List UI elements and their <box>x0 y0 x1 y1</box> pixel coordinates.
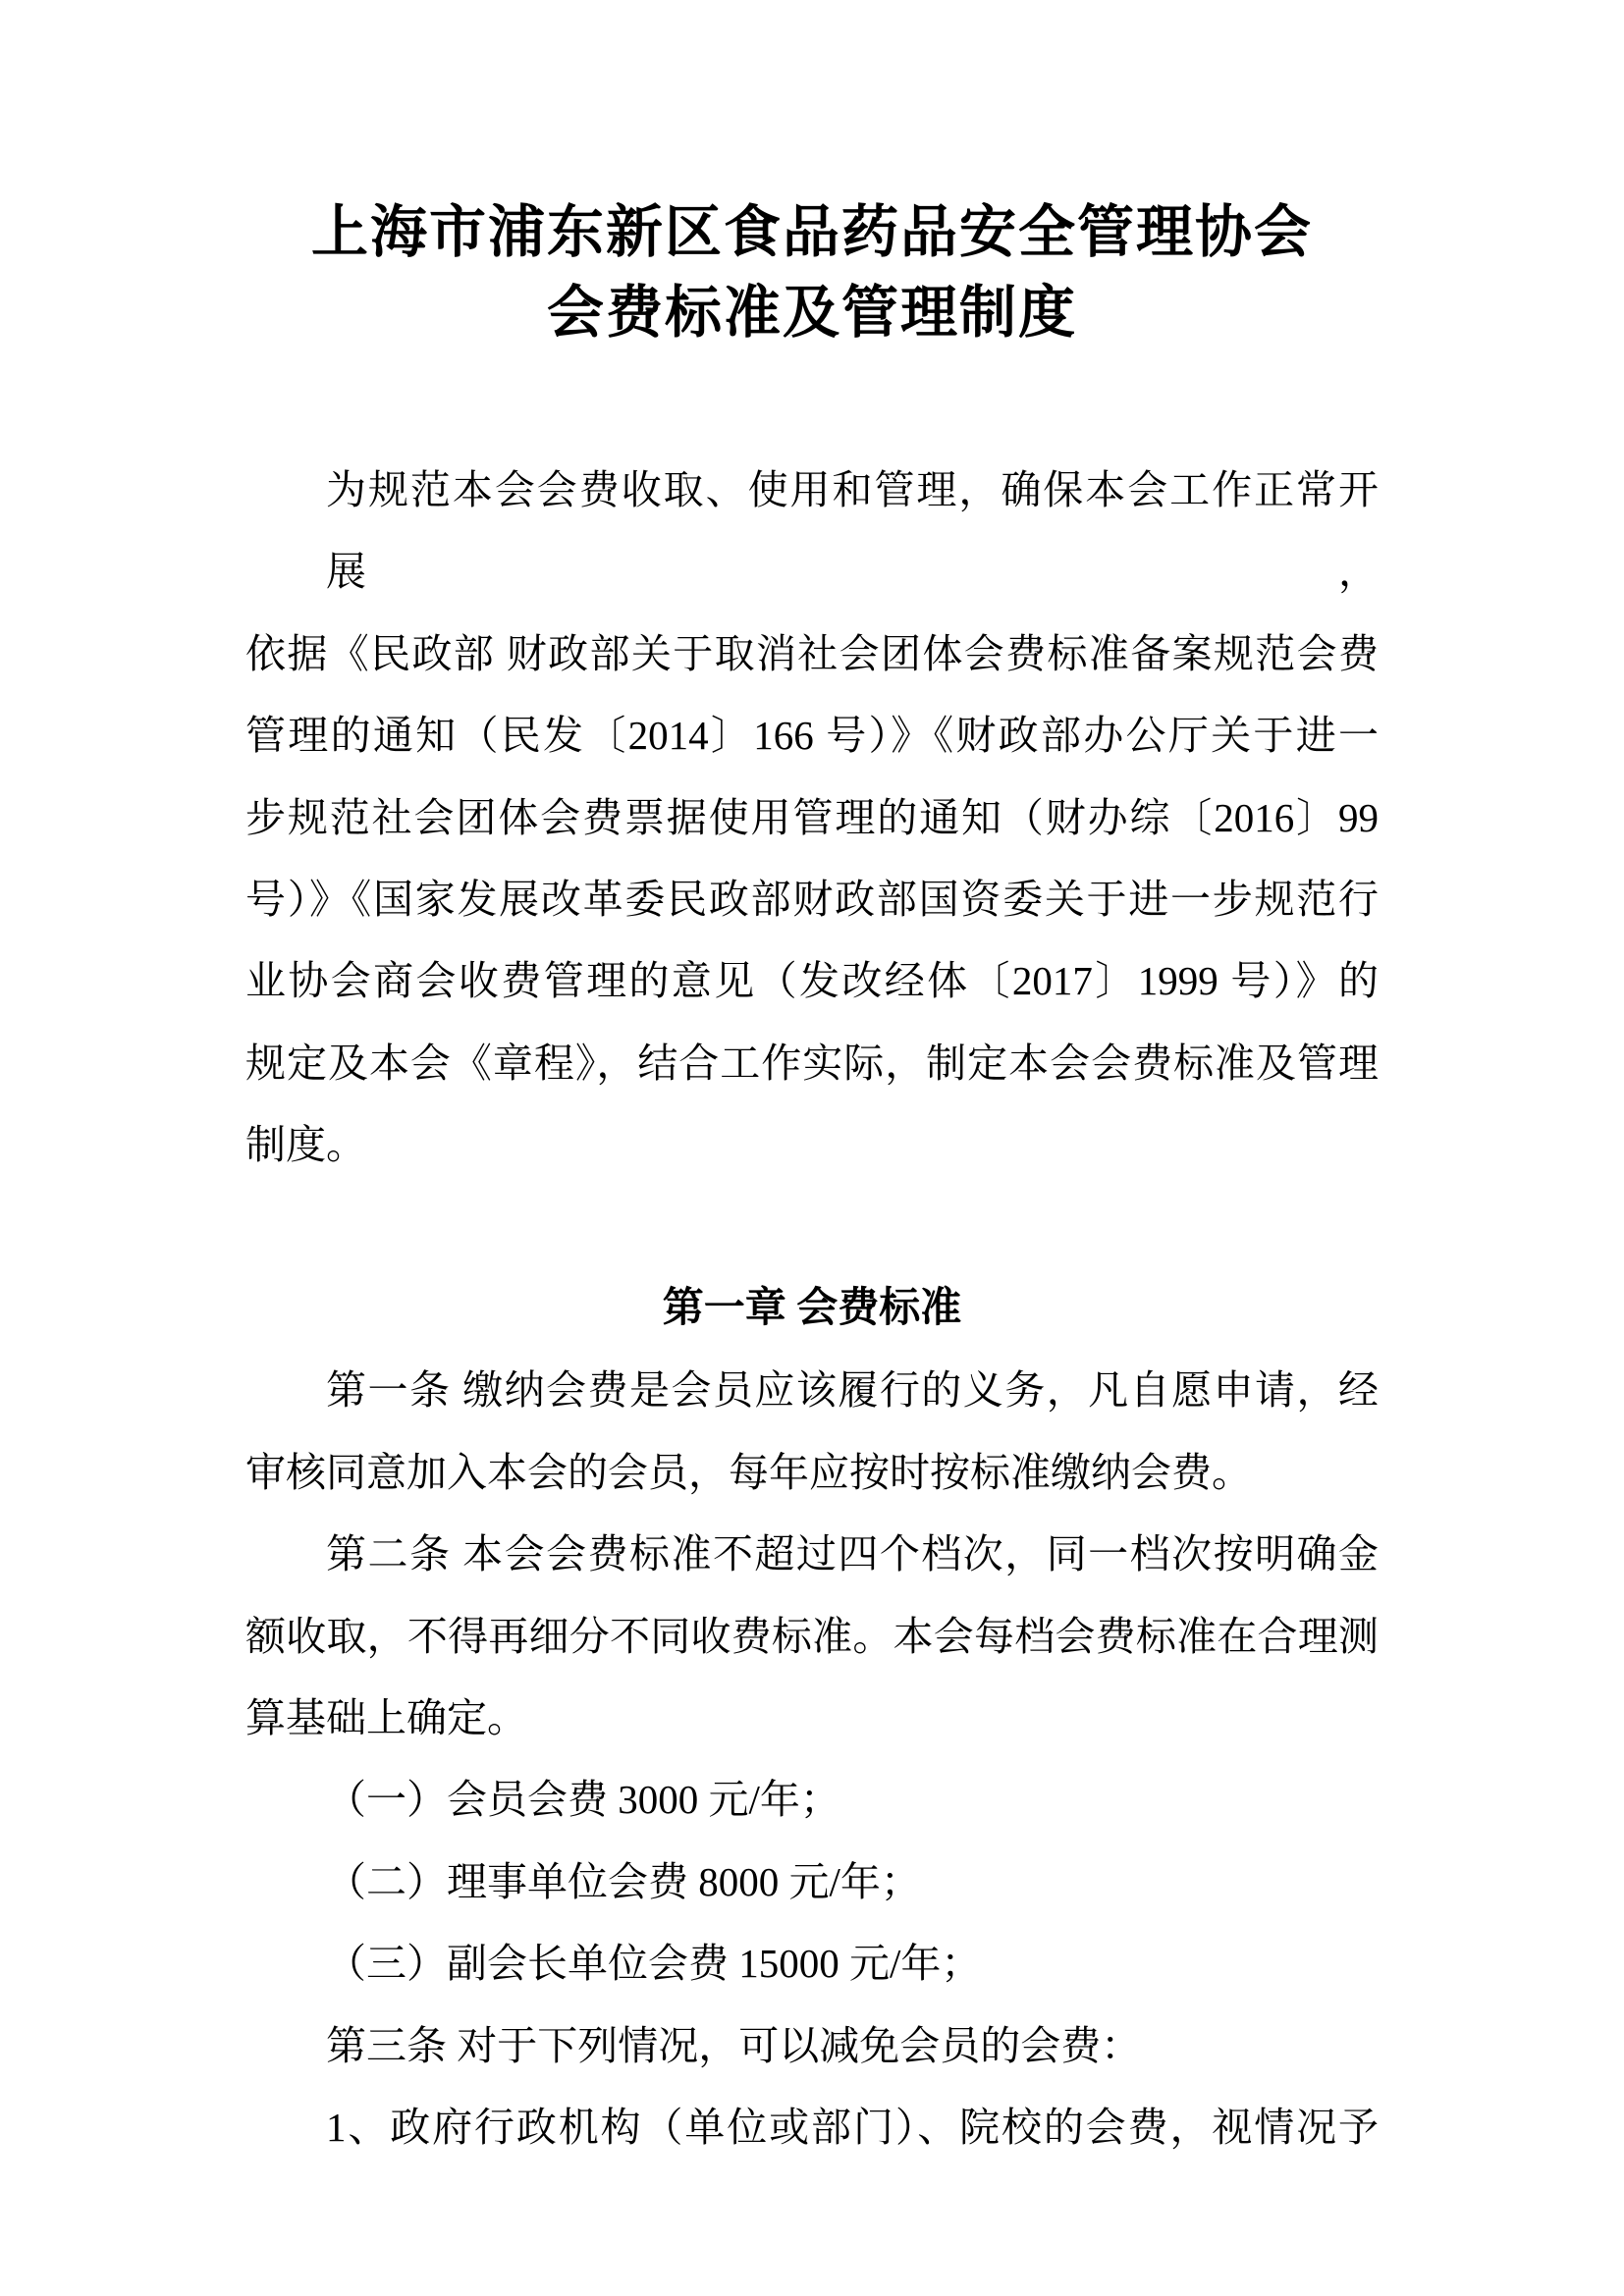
document-content: 上海市浦东新区食品药品安全管理协会 会费标准及管理制度 为规范本会会费收取、使用… <box>245 192 1379 2169</box>
document-title: 上海市浦东新区食品药品安全管理协会 会费标准及管理制度 <box>245 192 1379 353</box>
article-2-line-3: 算基础上确定。 <box>245 1678 1379 1759</box>
article-1-line-1: 第一条 缴纳会费是会员应该履行的义务，凡自愿申请，经 <box>245 1350 1379 1431</box>
preamble-line-5: 号）》《国家发展改革委民政部财政部国资委关于进一步规范行 <box>245 859 1379 940</box>
preamble-line-8: 制度。 <box>245 1104 1379 1186</box>
article-2-line-2: 额收取，不得再细分不同收费标准。本会每档会费标准在合理测 <box>245 1596 1379 1678</box>
preamble-line-1: 为规范本会会费收取、使用和管理，确保本会工作正常开展， <box>245 450 1379 614</box>
document-title-line-1: 上海市浦东新区食品药品安全管理协会 <box>245 192 1379 273</box>
chapter-1-heading: 第一章 会费标准 <box>245 1268 1379 1350</box>
fee-item-2: （二）理事单位会费 8000 元/年； <box>245 1842 1379 1923</box>
article-3-line-2: 1、政府行政机构（单位或部门）、院校的会费，视情况予 <box>245 2087 1379 2168</box>
preamble-line-2: 依据《民政部 财政部关于取消社会团体会费标准备案规范会费 <box>245 614 1379 695</box>
article-1-line-2: 审核同意加入本会的会员，每年应按时按标准缴纳会费。 <box>245 1432 1379 1514</box>
preamble-line-4: 步规范社会团体会费票据使用管理的通知（财办综〔2016〕99 <box>245 777 1379 859</box>
article-3-line-1: 第三条 对于下列情况，可以减免会员的会费： <box>245 2005 1379 2087</box>
article-2-line-1: 第二条 本会会费标准不超过四个档次，同一档次按明确金 <box>245 1514 1379 1595</box>
document-body: 为规范本会会费收取、使用和管理，确保本会工作正常开展， 依据《民政部 财政部关于… <box>245 450 1379 2169</box>
preamble-line-6: 业协会商会收费管理的意见（发改经体〔2017〕1999 号）》的 <box>245 940 1379 1022</box>
document-title-line-2: 会费标准及管理制度 <box>245 273 1379 353</box>
preamble-line-7: 规定及本会《章程》，结合工作实际，制定本会会费标准及管理 <box>245 1023 1379 1104</box>
fee-item-3: （三）副会长单位会费 15000 元/年； <box>245 1923 1379 2004</box>
blank-line <box>245 1187 1379 1268</box>
fee-item-1: （一）会员会费 3000 元/年； <box>245 1759 1379 1841</box>
preamble-line-3: 管理的通知（民发〔2014〕166 号）》《财政部办公厅关于进一 <box>245 695 1379 776</box>
document-page: 上海市浦东新区食品药品安全管理协会 会费标准及管理制度 为规范本会会费收取、使用… <box>0 0 1624 2296</box>
